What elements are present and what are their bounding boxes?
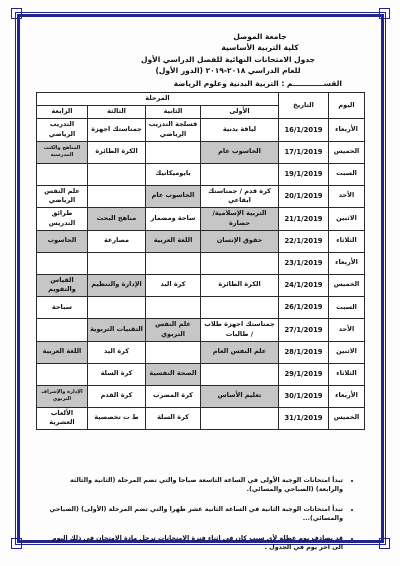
schedule-row: الأربعاء23/1/2019 bbox=[36, 252, 364, 274]
subject-cell: الصحة النفسية bbox=[146, 363, 201, 385]
schedule-row: الخميس17/1/2019الحاسوب عامالكرة الطائرةا… bbox=[36, 141, 364, 163]
subject-cell: الإدارة والتنظيم bbox=[88, 274, 146, 297]
subject-cell: سباحة bbox=[36, 297, 87, 319]
title-line-1: جدول الامتحانات النهائية للفصل الدراسي ا… bbox=[98, 55, 358, 66]
subject-cell bbox=[36, 252, 87, 274]
subject-cell: كرة السلة bbox=[146, 407, 201, 430]
subject-cell bbox=[146, 341, 201, 363]
subject-cell: الحاسوب عام bbox=[146, 185, 201, 208]
subject-cell: لياقة بدنية bbox=[201, 119, 279, 142]
subject-cell: التدريب الرياضي bbox=[36, 119, 87, 142]
subject-cell: طرائق التدريس bbox=[36, 208, 87, 231]
footnote-1: تبدأ امتحانات الوجبة الأولى في الساعة ال… bbox=[48, 476, 343, 495]
subject-cell bbox=[201, 363, 279, 385]
subject-cell: كرة السلة bbox=[88, 363, 146, 385]
subject-cell: القياس والتقويم bbox=[36, 274, 87, 297]
subject-cell bbox=[201, 163, 279, 185]
exam-schedule-table: اليوم التاريخ المرحلة الأولىالثانيةالثال… bbox=[36, 92, 365, 430]
subject-cell bbox=[88, 252, 146, 274]
day-cell: الأحد bbox=[329, 319, 365, 342]
footnotes-list: تبدأ امتحانات الوجبة الأولى في الساعة ال… bbox=[48, 476, 355, 553]
schedule-row: الثلاثاء22/1/2019حقوق الإنساناللغة العرب… bbox=[36, 230, 364, 252]
date-cell: 16/1/2019 bbox=[279, 119, 329, 142]
document-page: جامعة الموصل كلية التربية الأساسية جدول … bbox=[0, 0, 400, 566]
col-header-stage: المرحلة bbox=[36, 93, 278, 106]
col-header-stage-1: الأولى bbox=[201, 106, 279, 119]
subject-cell bbox=[36, 163, 87, 185]
day-cell: الأربعاء bbox=[329, 119, 365, 142]
subject-cell: الألعاب العشرية bbox=[36, 407, 87, 430]
subject-cell bbox=[88, 185, 146, 208]
subject-cell bbox=[88, 297, 146, 319]
day-cell: الثلاثاء bbox=[329, 363, 365, 385]
col-header-stage-4: الرابعة bbox=[36, 106, 87, 119]
schedule-row: السبت26/1/2019سباحة bbox=[36, 297, 364, 319]
subject-cell bbox=[201, 407, 279, 430]
subject-cell: كرة اليد bbox=[146, 274, 201, 297]
date-cell: 20/1/2019 bbox=[279, 185, 329, 208]
subject-cell: اللغة العربية bbox=[36, 341, 87, 363]
subject-cell: علم النفس التربوي bbox=[146, 319, 201, 342]
subject-cell: علم النفس العام bbox=[201, 341, 279, 363]
university-name: جامعة الموصل bbox=[175, 32, 345, 43]
subject-cell: ط ت تخصصية bbox=[88, 407, 146, 430]
schedule-row: الأربعاء16/1/2019لياقة بدنيةفسلجة التدري… bbox=[36, 119, 364, 142]
date-cell: 30/1/2019 bbox=[279, 385, 329, 407]
subject-cell: كرة القدم bbox=[88, 385, 146, 407]
subject-cell bbox=[88, 163, 146, 185]
subject-cell bbox=[36, 363, 87, 385]
col-header-date: التاريخ bbox=[279, 93, 329, 119]
subject-cell: جمناستك اجهزة طلاب / طالبات bbox=[201, 319, 279, 342]
day-cell: الأربعاء bbox=[329, 385, 365, 407]
schedule-row: الثلاثاء29/1/2019الصحة النفسيةكرة السلة bbox=[36, 363, 364, 385]
subject-cell: فسلجة التدريب الرياضي bbox=[146, 119, 201, 142]
schedule-row: الخميس24/1/2019الكرة الطائرةكرة اليدالإد… bbox=[36, 274, 364, 297]
date-cell: 17/1/2019 bbox=[279, 141, 329, 163]
schedule-row: السبت19/1/2019بايوميكانيك bbox=[36, 163, 364, 185]
subject-cell bbox=[146, 297, 201, 319]
day-cell: الخميس bbox=[329, 141, 365, 163]
schedule-title: جدول الامتحانات النهائية للفصل الدراسي ا… bbox=[98, 55, 358, 76]
day-cell: الاثنين bbox=[329, 341, 365, 363]
col-header-stage-3: الثالثة bbox=[88, 106, 146, 119]
schedule-row: الاثنين28/1/2019علم النفس العامكرة اليدا… bbox=[36, 341, 364, 363]
subject-cell: تعليم الأساس bbox=[201, 385, 279, 407]
subject-cell: الكرة الطائرة bbox=[201, 274, 279, 297]
subject-cell: ساحة ومضمار bbox=[146, 208, 201, 231]
subject-cell: الإدارة والإشراف التربوي bbox=[36, 385, 87, 407]
schedule-body: الأربعاء16/1/2019لياقة بدنيةفسلجة التدري… bbox=[36, 119, 364, 430]
subject-cell bbox=[146, 141, 201, 163]
subject-cell: علم النفس الرياضي bbox=[36, 185, 87, 208]
date-cell: 26/1/2019 bbox=[279, 297, 329, 319]
subject-cell: بايوميكانيك bbox=[146, 163, 201, 185]
document-content: جامعة الموصل كلية التربية الأساسية جدول … bbox=[0, 32, 400, 563]
day-cell: الخميس bbox=[329, 407, 365, 430]
date-cell: 27/1/2019 bbox=[279, 319, 329, 342]
subject-cell: كرة اليد bbox=[88, 341, 146, 363]
schedule-row: الأحد27/1/2019جمناستك اجهزة طلاب / طالبا… bbox=[36, 319, 364, 342]
subject-cell: المناهج والكتب المدرسية bbox=[36, 141, 87, 163]
day-cell: الخميس bbox=[329, 274, 365, 297]
subject-cell bbox=[36, 319, 87, 342]
subject-cell: التربية الإسلامية/حضارة bbox=[201, 208, 279, 231]
day-cell: السبت bbox=[329, 163, 365, 185]
day-cell: السبت bbox=[329, 297, 365, 319]
schedule-row: الخميس31/1/2019كرة السلةط ت تخصصيةالألعا… bbox=[36, 407, 364, 430]
title-line-2: للعام الدراسي ٢٠١٨-٢٠١٩ (الدور الأول) bbox=[98, 66, 358, 77]
subject-cell: التقنيات التربوية bbox=[88, 319, 146, 342]
subject-cell: الحاسوب bbox=[36, 230, 87, 252]
letterhead: جامعة الموصل كلية التربية الأساسية bbox=[175, 32, 345, 53]
date-cell: 23/1/2019 bbox=[279, 252, 329, 274]
date-cell: 24/1/2019 bbox=[279, 274, 329, 297]
subject-cell: اللغة العربية bbox=[146, 230, 201, 252]
subject-cell bbox=[201, 297, 279, 319]
day-cell: الأربعاء bbox=[329, 252, 365, 274]
frame-corner-ornament-top-left bbox=[11, 8, 22, 19]
subject-cell: جمناستك اجهزة bbox=[88, 119, 146, 142]
college-name: كلية التربية الأساسية bbox=[175, 43, 345, 54]
subject-cell: حقوق الإنسان bbox=[201, 230, 279, 252]
subject-cell: الكرة الطائرة bbox=[88, 141, 146, 163]
col-header-stage-2: الثانية bbox=[146, 106, 201, 119]
day-cell: الاثنين bbox=[329, 208, 365, 231]
subject-cell: مناهج البحث bbox=[88, 208, 146, 231]
header-row-1: اليوم التاريخ المرحلة bbox=[36, 93, 364, 106]
date-cell: 22/1/2019 bbox=[279, 230, 329, 252]
footnote-3: قد يصادف يوم عطلة لأي سبب كان في اثناء ف… bbox=[48, 534, 343, 553]
frame-corner-ornament-top-right bbox=[379, 8, 390, 19]
day-cell: الأحد bbox=[329, 185, 365, 208]
col-header-day: اليوم bbox=[329, 93, 365, 119]
department-line: القســــــــــــم : التربية البدنية وعلو… bbox=[0, 79, 342, 88]
footnote-2: تبدأ امتحانات الوجبة الثانية في الساعة ا… bbox=[48, 505, 343, 524]
schedule-row: الاثنين21/1/2019التربية الإسلامية/حضارةس… bbox=[36, 208, 364, 231]
subject-cell: كرة المضرب bbox=[146, 385, 201, 407]
subject-cell bbox=[201, 252, 279, 274]
date-cell: 21/1/2019 bbox=[279, 208, 329, 231]
subject-cell: الحاسوب عام bbox=[201, 141, 279, 163]
subject-cell bbox=[146, 252, 201, 274]
subject-cell: مصارعة bbox=[88, 230, 146, 252]
schedule-row: الأحد20/1/2019كرة قدم / جمناستك ايقاعيال… bbox=[36, 185, 364, 208]
date-cell: 28/1/2019 bbox=[279, 341, 329, 363]
date-cell: 31/1/2019 bbox=[279, 407, 329, 430]
schedule-row: الأربعاء30/1/2019تعليم الأساسكرة المضربك… bbox=[36, 385, 364, 407]
subject-cell: كرة قدم / جمناستك ايقاعي bbox=[201, 185, 279, 208]
date-cell: 19/1/2019 bbox=[279, 163, 329, 185]
date-cell: 29/1/2019 bbox=[279, 363, 329, 385]
day-cell: الثلاثاء bbox=[329, 230, 365, 252]
